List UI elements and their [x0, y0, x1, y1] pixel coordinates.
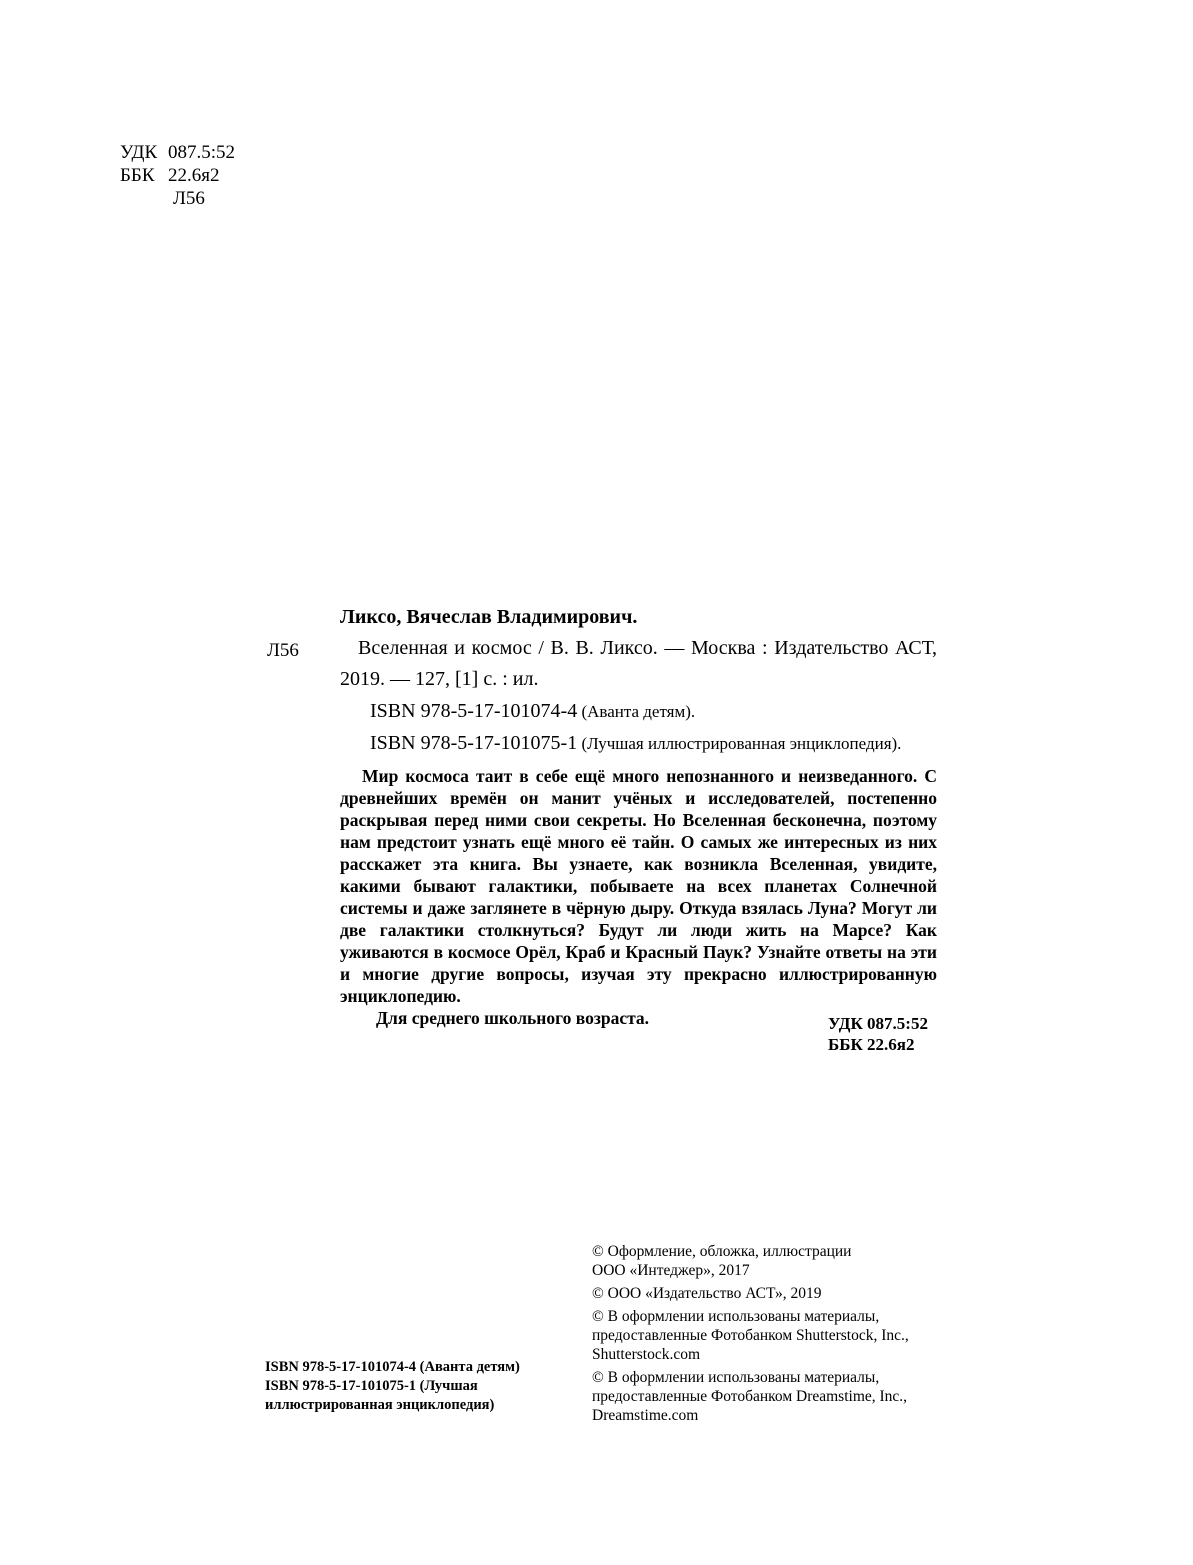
author-sign-row: Л56 [120, 187, 235, 210]
udk-value: 087.5:52 [168, 141, 235, 164]
bibliographic-description: Вселенная и космос / В. В. Ликсо. — Моск… [340, 633, 937, 695]
isbn-number-2: ISBN 978-5-17-101075-1 [370, 732, 577, 754]
copyright-item-publisher: © ООО «Издательство АСТ», 2019 [592, 1284, 944, 1303]
bbk-code-row: ББК22.6я2 [120, 164, 235, 187]
udk-code-bold: УДК 087.5:52 [828, 1013, 928, 1034]
imprint-page: УДК087.5:52 ББК22.6я2 Л56 Л56 Ликсо, Вяч… [0, 0, 1193, 1565]
isbn-footer: ISBN 978-5-17-101074-4 (Аванта детям) IS… [265, 1358, 565, 1415]
catalog-entry: Л56 Ликсо, Вячеслав Владимирович. Вселен… [340, 602, 937, 1029]
margin-author-sign: Л56 [267, 635, 299, 666]
copyright-list: © Оформление, обложка, иллюстрации ООО «… [592, 1242, 944, 1429]
copyright-item-dreamstime: © В оформлении использованы материалы, п… [592, 1368, 944, 1425]
isbn-line-1: ISBN 978-5-17-101074-4 (Аванта детям). [340, 696, 937, 727]
udk-label: УДК [120, 141, 168, 164]
isbn-footer-line-2: ISBN 978-5-17-101075-1 (Лучшая иллюстрир… [265, 1377, 565, 1415]
classification-codes-top: УДК087.5:52 ББК22.6я2 Л56 [120, 141, 235, 210]
bbk-label: ББК [120, 164, 168, 187]
author-sign: Л56 [173, 187, 205, 210]
isbn-series-2: (Лучшая иллюстрированная энциклопедия). [577, 734, 901, 753]
isbn-number-1: ISBN 978-5-17-101074-4 [370, 700, 577, 722]
isbn-series-1: (Аванта детям). [577, 702, 695, 721]
author-heading: Ликсо, Вячеслав Владимирович. [340, 602, 937, 633]
isbn-footer-line-1: ISBN 978-5-17-101074-4 (Аванта детям) [265, 1358, 565, 1377]
classification-codes-right: УДК 087.5:52 ББК 22.6я2 [828, 1013, 928, 1055]
annotation-text: Мир космоса таит в себе ещё много непозн… [340, 765, 937, 1007]
bbk-code-bold: ББК 22.6я2 [828, 1034, 928, 1055]
udk-code-row: УДК087.5:52 [120, 141, 235, 164]
isbn-line-2: ISBN 978-5-17-101075-1 (Лучшая иллюстрир… [340, 728, 937, 759]
copyright-item-design: © Оформление, обложка, иллюстрации ООО «… [592, 1242, 944, 1280]
copyright-item-shutterstock: © В оформлении использованы материалы, п… [592, 1307, 944, 1364]
code-label-spacer [120, 187, 168, 210]
bbk-value: 22.6я2 [168, 164, 220, 187]
